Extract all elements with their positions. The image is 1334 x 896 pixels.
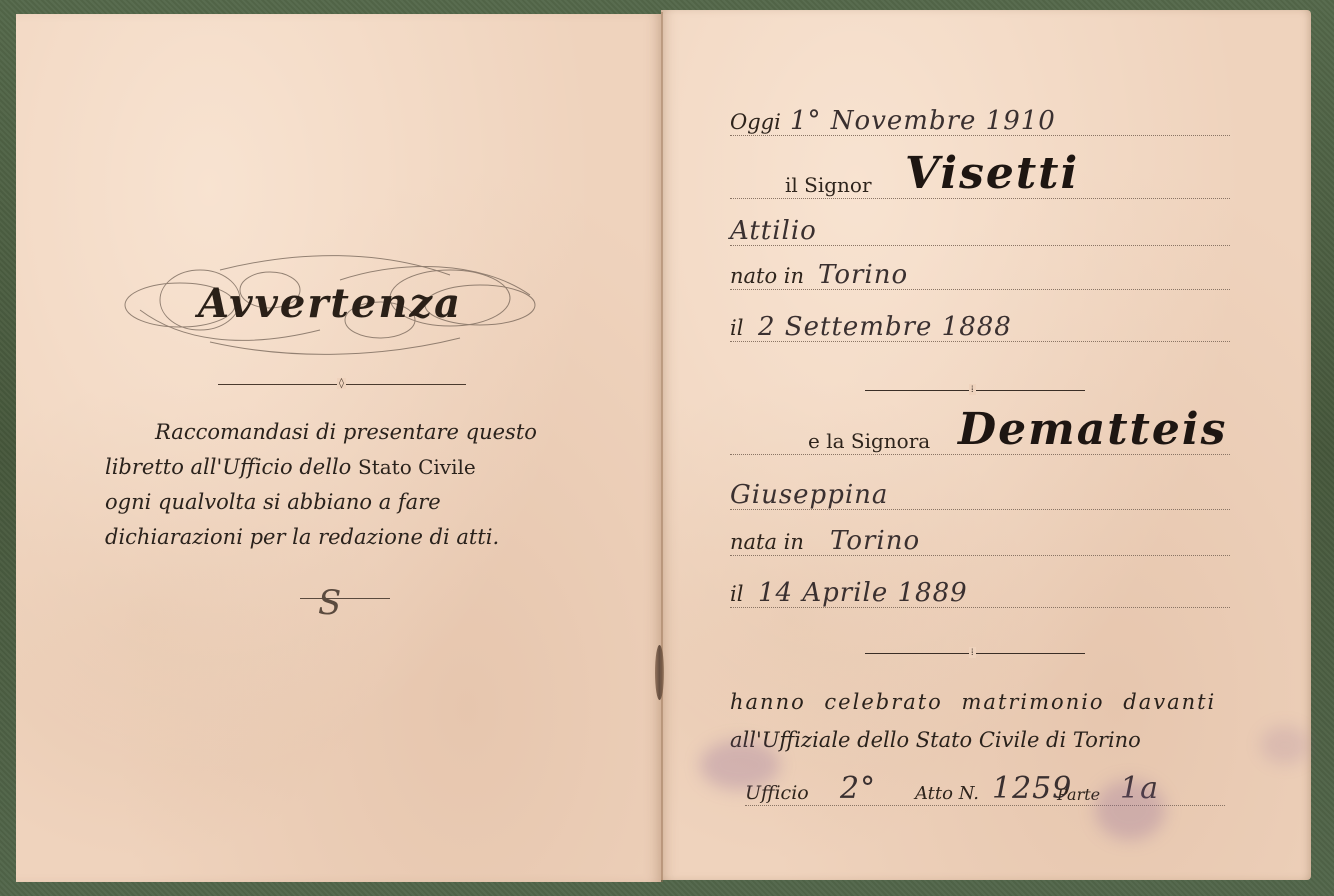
birthplace-label: nato in [730,264,804,288]
notice-text: Raccomandasi di presentare questo libret… [105,415,605,555]
bride-surname-row: e la Signora Dematteis [730,412,1230,457]
bride-birthdate-row: il 14 Aprile 1889 [730,580,1230,610]
divider [300,598,390,599]
ufficio-value: 2° [840,771,876,806]
closing-line-2: all'Uffiziale dello Stato Civile di Tori… [730,728,1230,752]
atto-label: Atto N. [915,783,979,804]
birthplace-label: nata in [730,530,804,554]
bride-first-name: Giuseppina [730,480,888,510]
date-label: Oggi [730,110,781,134]
ornament-icon: ⁞ [969,384,976,395]
groom-firstname-row: Attilio [730,212,1230,248]
ornament-icon: ◊ [337,378,346,389]
groom-birthplace: Torino [818,260,908,290]
groom-surname: Visetti [905,148,1079,199]
ink-stain [1095,780,1165,840]
bride-birthdate: 14 Aprile 1889 [758,578,968,608]
notice-line: libretto all'Ufficio dello Stato Civile [105,450,605,485]
groom-surname-row: il Signor Visetti [730,156,1230,201]
groom-birthdate: 2 Settembre 1888 [758,312,1012,342]
groom-label: il Signor [785,173,872,197]
groom-first-name: Attilio [730,216,817,246]
bride-birthplace-row: nata in Torino [730,528,1230,558]
bride-birthplace: Torino [830,526,920,556]
spine [661,12,663,882]
notice-line: ogni qualvolta si abbiano a fare [105,485,605,520]
title-block: Avvertenza [120,250,540,360]
notice-line: dichiarazioni per la redazione di atti. [105,520,605,555]
birthdate-label: il [730,316,743,340]
groom-birthplace-row: nato in Torino [730,262,1230,292]
birthdate-label: il [730,582,743,606]
ink-stain [700,740,780,790]
date-row: Oggi 1° Novembre 1910 [730,108,1230,138]
bride-label: e la Signora [808,429,930,453]
ornament-icon: ⁞ [969,647,976,658]
groom-birthdate-row: il 2 Settembre 1888 [730,314,1230,344]
closing-line-1: hanno celebrato matrimonio davanti [730,690,1230,714]
bride-surname: Dematteis [958,404,1227,455]
spine-tear [655,645,664,700]
parte-label: Parte [1057,785,1100,804]
date-value: 1° Novembre 1910 [790,106,1056,136]
notice-line: Raccomandasi di presentare questo [105,415,605,450]
bride-firstname-row: Giuseppina [730,476,1230,512]
ink-stain [1260,725,1310,765]
monogram-icon: S [318,583,341,623]
page-title: Avvertenza [120,280,540,327]
